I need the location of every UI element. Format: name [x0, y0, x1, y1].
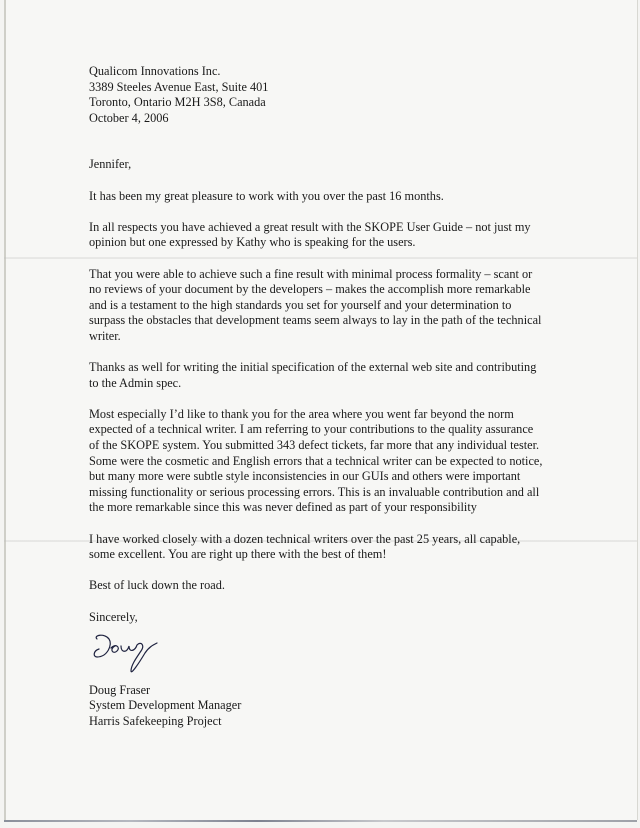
valediction: Sincerely,	[89, 610, 609, 626]
handwritten-signature-icon	[91, 631, 163, 675]
signer-name: Doug Fraser	[89, 683, 609, 699]
closing-line: Best of luck down the road.	[89, 578, 609, 594]
page-bottom-edge	[4, 820, 637, 822]
paragraph-quality-assurance: Most especially I’d like to thank you fo…	[89, 407, 544, 516]
letter-body: Qualicom Innovations Inc. 3389 Steeles A…	[89, 64, 609, 730]
letter-date: October 4, 2006	[89, 111, 609, 127]
signer-block: Doug Fraser System Development Manager H…	[89, 683, 609, 730]
paragraph-process: That you were able to achieve such a fin…	[89, 267, 544, 345]
paragraph-user-guide: In all respects you have achieved a grea…	[89, 220, 544, 251]
company-name: Qualicom Innovations Inc.	[89, 64, 609, 80]
signer-organization: Harris Safekeeping Project	[89, 714, 609, 730]
sender-address: Qualicom Innovations Inc. 3389 Steeles A…	[89, 64, 609, 126]
street-address: 3389 Steeles Avenue East, Suite 401	[89, 80, 609, 96]
paragraph-praise: I have worked closely with a dozen techn…	[89, 532, 544, 563]
paragraph-specs: Thanks as well for writing the initial s…	[89, 360, 544, 391]
signer-title: System Development Manager	[89, 698, 609, 714]
city-address: Toronto, Ontario M2H 3S8, Canada	[89, 95, 609, 111]
paragraph-intro: It has been my great pleasure to work wi…	[89, 189, 544, 205]
salutation: Jennifer,	[89, 157, 609, 173]
